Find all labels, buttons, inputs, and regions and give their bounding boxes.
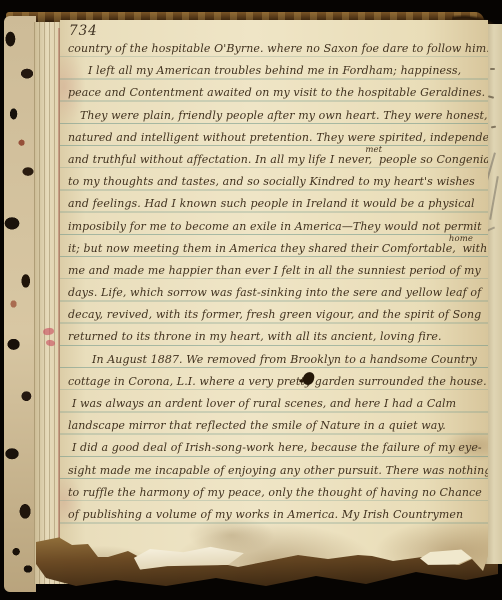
manuscript-line: cottage in Corona, L.I. where a very pre… <box>68 371 486 393</box>
ink-fragment <box>491 126 496 129</box>
manuscript-text-run: In August 1887. We removed from Brooklyn… <box>92 353 477 366</box>
manuscript-line: In August 1887. We removed from Brooklyn… <box>68 349 486 371</box>
manuscript-line: natured and intelligent without pretenti… <box>68 127 486 149</box>
manuscript-text-run: it; but now meeting them in America they… <box>68 242 456 255</box>
red-edge-mark <box>43 327 55 335</box>
marbled-book-spine <box>4 16 36 592</box>
manuscript-text-run: imposibily for me to become an exile in … <box>68 220 482 233</box>
manuscript-text-run: I was always an ardent lover of rural sc… <box>72 397 456 410</box>
ink-fragment <box>490 68 495 70</box>
manuscript-text-run: returned to its throne in my heart, with… <box>68 330 442 343</box>
photo-background: { "page": { "colors": { "background": "#… <box>0 0 502 600</box>
manuscript-line: and truthful without affectation. In all… <box>68 149 486 171</box>
page-number: 734 <box>69 23 98 39</box>
manuscript-line: I did a good deal of Irish-song-work her… <box>68 437 486 459</box>
manuscript-line: They were plain, friendly people after m… <box>68 105 486 127</box>
manuscript-text-run: to ruffle the harmony of my peace, only … <box>68 486 482 499</box>
inserted-word-text: met <box>365 146 382 154</box>
manuscript-line: of publishing a volume of my works in Am… <box>68 504 486 526</box>
manuscript-line: decay, revived, with its former, fresh g… <box>68 304 486 326</box>
manuscript-page: 734 country of the hospitable O'Byrne. w… <box>60 20 488 580</box>
manuscript-text-run: landscape mirror that reflected the smil… <box>68 419 446 432</box>
manuscript-text-run: country of the hospitable O'Byrne. where… <box>68 42 490 55</box>
manuscript-line: me and made me happier than ever I felt … <box>68 260 486 282</box>
manuscript-text-run: I left all my American troubles behind m… <box>88 64 461 77</box>
manuscript-line: to my thoughts and tastes, and so social… <box>68 171 486 193</box>
manuscript-line: landscape mirror that reflected the smil… <box>68 415 486 437</box>
manuscript-text-run: natured and intelligent without pretenti… <box>68 131 501 144</box>
manuscript-text-run: and truthful without affectation. In all… <box>68 153 372 166</box>
manuscript-line: country of the hospitable O'Byrne. where… <box>68 38 486 60</box>
manuscript-text-run: decay, revived, with its former, fresh g… <box>68 308 481 321</box>
manuscript-text-run: They were plain, friendly people after m… <box>80 109 502 122</box>
manuscript-text-run: people so Congenial <box>375 153 493 166</box>
manuscript-text-run: to my thoughts and tastes, and so social… <box>68 175 475 188</box>
red-edge-mark <box>46 339 56 346</box>
pencil-mark <box>487 226 495 231</box>
manuscript-line: to ruffle the harmony of my peace, only … <box>68 482 486 504</box>
manuscript-text-run: of publishing a volume of my works in Am… <box>68 508 463 521</box>
manuscript-line: I left all my American troubles behind m… <box>68 60 486 82</box>
manuscript-line: and feelings. Had I known such people in… <box>68 193 486 215</box>
manuscript-line: peace and Contentment awaited on my visi… <box>68 82 486 104</box>
ink-fragment <box>488 95 494 98</box>
manuscript-text: country of the hospitable O'Byrne. where… <box>68 38 486 526</box>
manuscript-text-run: days. Life, which sorrow was fast-sinkin… <box>68 286 481 299</box>
pencil-mark <box>489 176 499 220</box>
inserted-word-text: home <box>449 235 473 243</box>
manuscript-text-run: me and made me happier than ever I felt … <box>68 264 481 277</box>
manuscript-text-run: cottage in Corona, L.I. where a very pre… <box>68 375 487 388</box>
manuscript-line: it; but now meeting them in America they… <box>68 238 486 260</box>
manuscript-text-run: sight made me incapable of enjoying any … <box>68 464 492 477</box>
red-edge-line <box>58 28 60 568</box>
manuscript-text-run: peace and Contentment awaited on my visi… <box>68 86 485 99</box>
manuscript-text-run: I did a good deal of Irish-song-work her… <box>72 441 482 454</box>
manuscript-text-run: and feelings. Had I known such people in… <box>68 197 475 210</box>
manuscript-line: sight made me incapable of enjoying any … <box>68 460 486 482</box>
manuscript-line: I was always an ardent lover of rural sc… <box>68 393 486 415</box>
manuscript-line: imposibily for me to become an exile in … <box>68 216 486 238</box>
manuscript-line: days. Life, which sorrow was fast-sinkin… <box>68 282 486 304</box>
manuscript-line: returned to its throne in my heart, with… <box>68 326 486 348</box>
